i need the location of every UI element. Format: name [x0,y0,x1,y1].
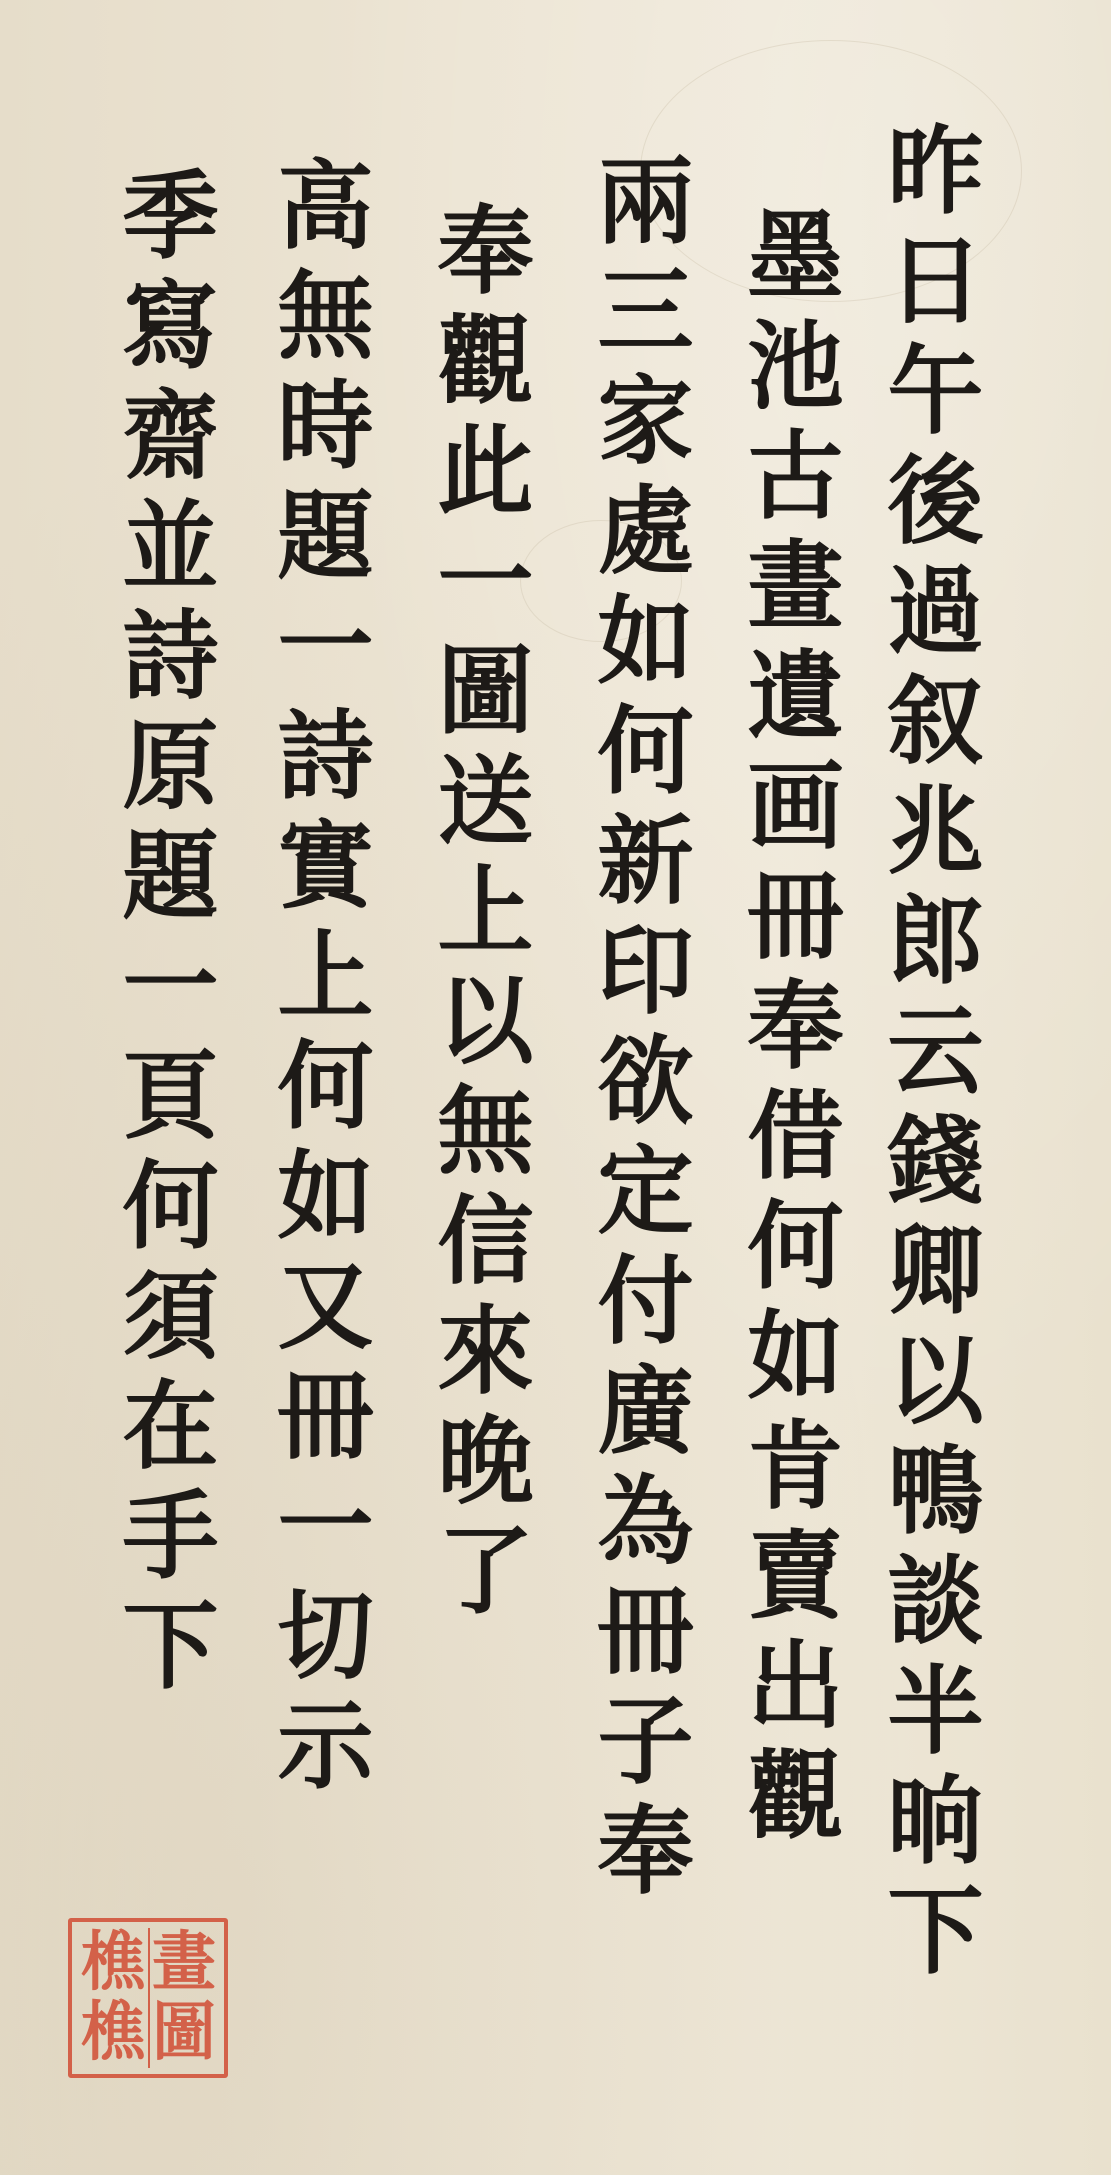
seal-character: 樵 [81,2001,145,2065]
seal-character: 圖 [152,2001,216,2065]
calligraphy-column-3: 兩三家處如何新印欲定付廣為冊子奉 [590,150,686,1910]
calligraphy-column-5: 高無時題一詩實上何如又冊一切示 [270,155,366,1805]
calligraphy-column-4: 奉觀此一圖送上以無信來晚了 [430,200,526,1630]
calligraphy-column-2: 墨池古畫遺画冊奉借何如肯賣出觀 [740,205,836,1855]
seal-character: 畫 [152,1931,216,1995]
calligraphy-column-1: 昨日午後過叙兆郎云錢卿以鴨談半晌下 [880,120,976,1990]
seal-character: 樵 [81,1931,145,1995]
red-artist-seal: 樵 樵 畫 圖 [68,1918,228,2078]
seal-right-column: 畫 圖 [148,1928,218,2068]
calligraphy-column-6: 季寫齋並詩原題一頁何須在手下 [115,165,211,1705]
seal-left-column: 樵 樵 [78,1928,148,2068]
